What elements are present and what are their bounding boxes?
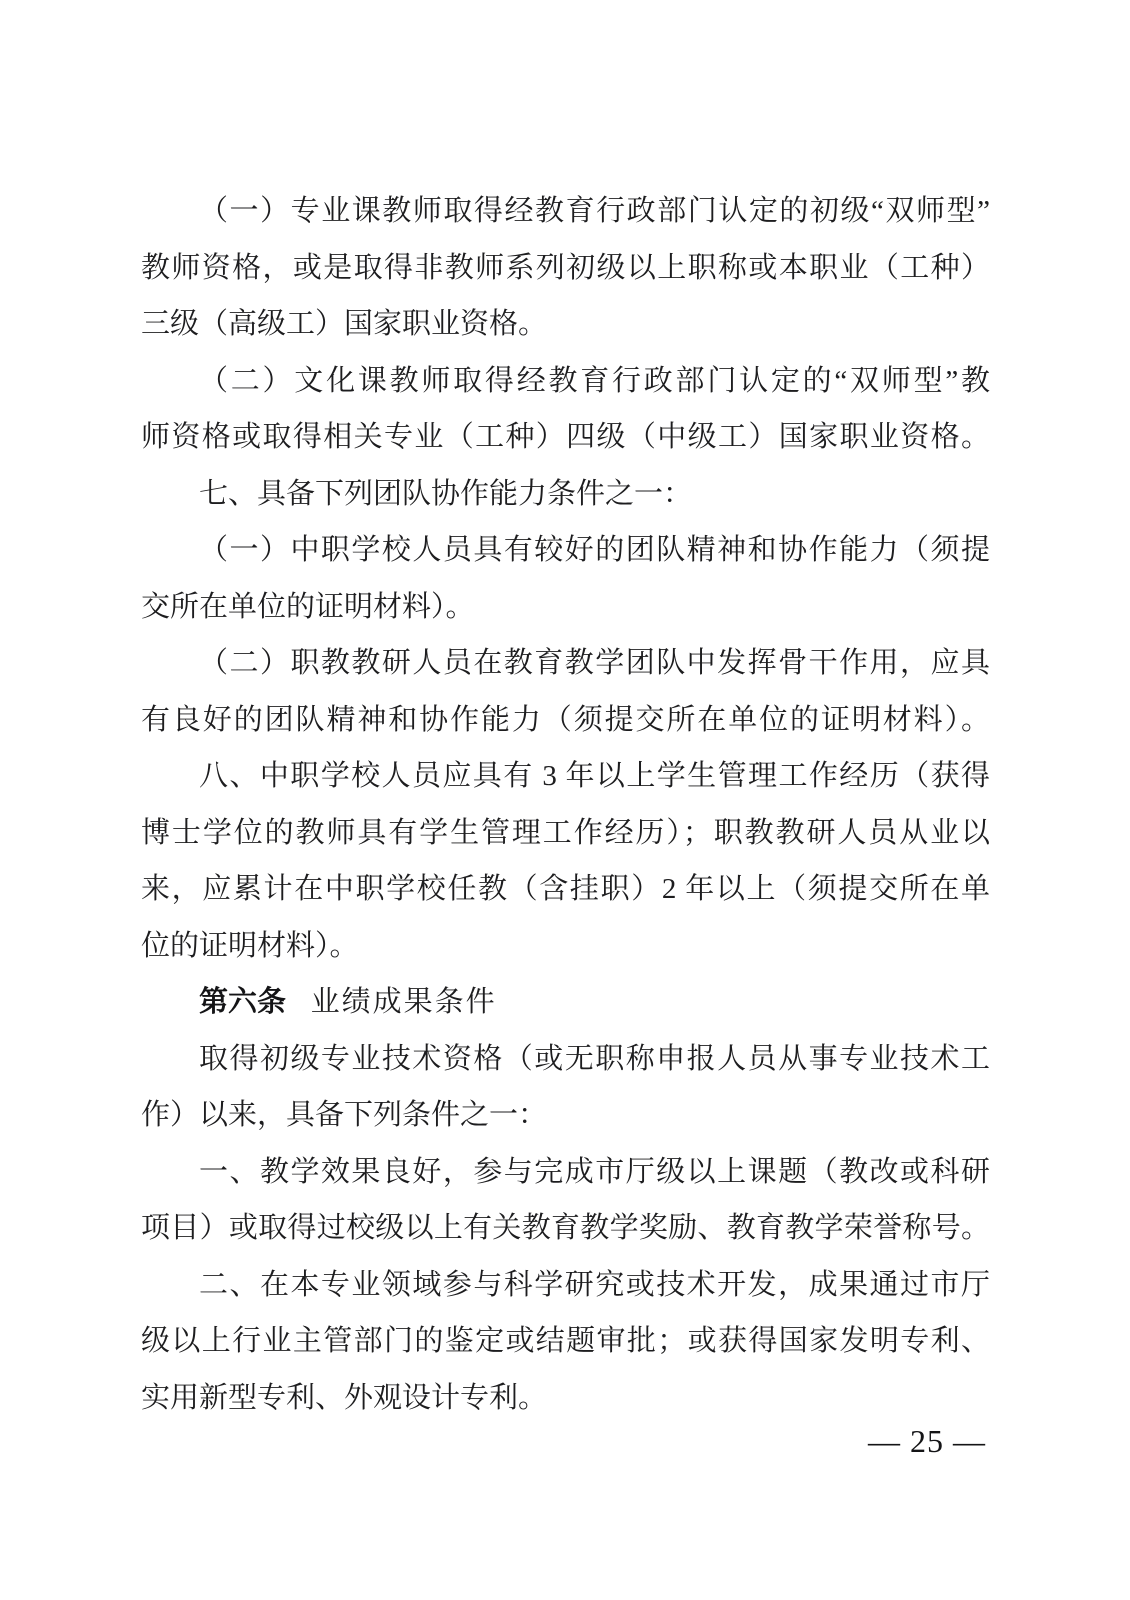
text-line: 八、中职学校人员应具有 3 年以上学生管理工作经历（获得 [141,748,990,805]
text-line: 来，应累计在中职学校任教（含挂职）2 年以上（须提交所在单 [141,861,990,918]
text-line: 作）以来，具备下列条件之一： [141,1087,990,1144]
text-line: （二）职教教研人员在教育教学团队中发挥骨干作用，应具 [141,635,990,692]
paragraph: 一、教学效果良好，参与完成市厅级以上课题（教改或科研 项目）或取得过校级以上有关… [141,1144,990,1257]
text-line: （一）专业课教师取得经教育行政部门认定的初级“双师型” [141,183,990,240]
paragraph: 八、中职学校人员应具有 3 年以上学生管理工作经历（获得 博士学位的教师具有学生… [141,748,990,974]
text-line: 一、教学效果良好，参与完成市厅级以上课题（教改或科研 [141,1144,990,1201]
text-line: 级以上行业主管部门的鉴定或结题审批；或获得国家发明专利、 [141,1313,990,1370]
text-line: 二、在本专业领域参与科学研究或技术开发，成果通过市厅 [141,1257,990,1314]
paragraph: 二、在本专业领域参与科学研究或技术开发，成果通过市厅 级以上行业主管部门的鉴定或… [141,1257,990,1427]
text-line: 教师资格，或是取得非教师系列初级以上职称或本职业（工种） [141,240,990,297]
article-number: 第六条 [199,986,286,1018]
text-line: 博士学位的教师具有学生管理工作经历）；职教教研人员从业以 [141,805,990,862]
document-body: （一）专业课教师取得经教育行政部门认定的初级“双师型” 教师资格，或是取得非教师… [141,183,990,1426]
text-line: 实用新型专利、外观设计专利。 [141,1370,990,1427]
paragraph: 七、具备下列团队协作能力条件之一： [141,466,990,523]
heading-line: 第六条业绩成果条件 [141,974,990,1031]
text-line: 取得初级专业技术资格（或无职称申报人员从事专业技术工 [141,1031,990,1088]
text-line: 交所在单位的证明材料）。 [141,579,990,636]
text-line: 位的证明材料）。 [141,918,990,975]
paragraph: 取得初级专业技术资格（或无职称申报人员从事专业技术工 作）以来，具备下列条件之一… [141,1031,990,1144]
document-page: （一）专业课教师取得经教育行政部门认定的初级“双师型” 教师资格，或是取得非教师… [0,0,1130,1600]
article-title: 业绩成果条件 [311,986,497,1018]
text-line: 师资格或取得相关专业（工种）四级（中级工）国家职业资格。 [141,409,990,466]
text-line: （一）中职学校人员具有较好的团队精神和协作能力（须提 [141,522,990,579]
text-line: 有良好的团队精神和协作能力（须提交所在单位的证明材料）。 [141,692,990,749]
paragraph: （一）中职学校人员具有较好的团队精神和协作能力（须提 交所在单位的证明材料）。 [141,522,990,635]
paragraph: （二）文化课教师取得经教育行政部门认定的“双师型”教 师资格或取得相关专业（工种… [141,353,990,466]
article-heading: 第六条业绩成果条件 [141,974,990,1031]
paragraph: （二）职教教研人员在教育教学团队中发挥骨干作用，应具 有良好的团队精神和协作能力… [141,635,990,748]
text-line: 项目）或取得过校级以上有关教育教学奖励、教育教学荣誉称号。 [141,1200,990,1257]
paragraph: （一）专业课教师取得经教育行政部门认定的初级“双师型” 教师资格，或是取得非教师… [141,183,990,353]
text-line: （二）文化课教师取得经教育行政部门认定的“双师型”教 [141,353,990,410]
text-line: 七、具备下列团队协作能力条件之一： [141,466,990,523]
page-number: — 25 — [868,1419,986,1463]
text-line: 三级（高级工）国家职业资格。 [141,296,990,353]
